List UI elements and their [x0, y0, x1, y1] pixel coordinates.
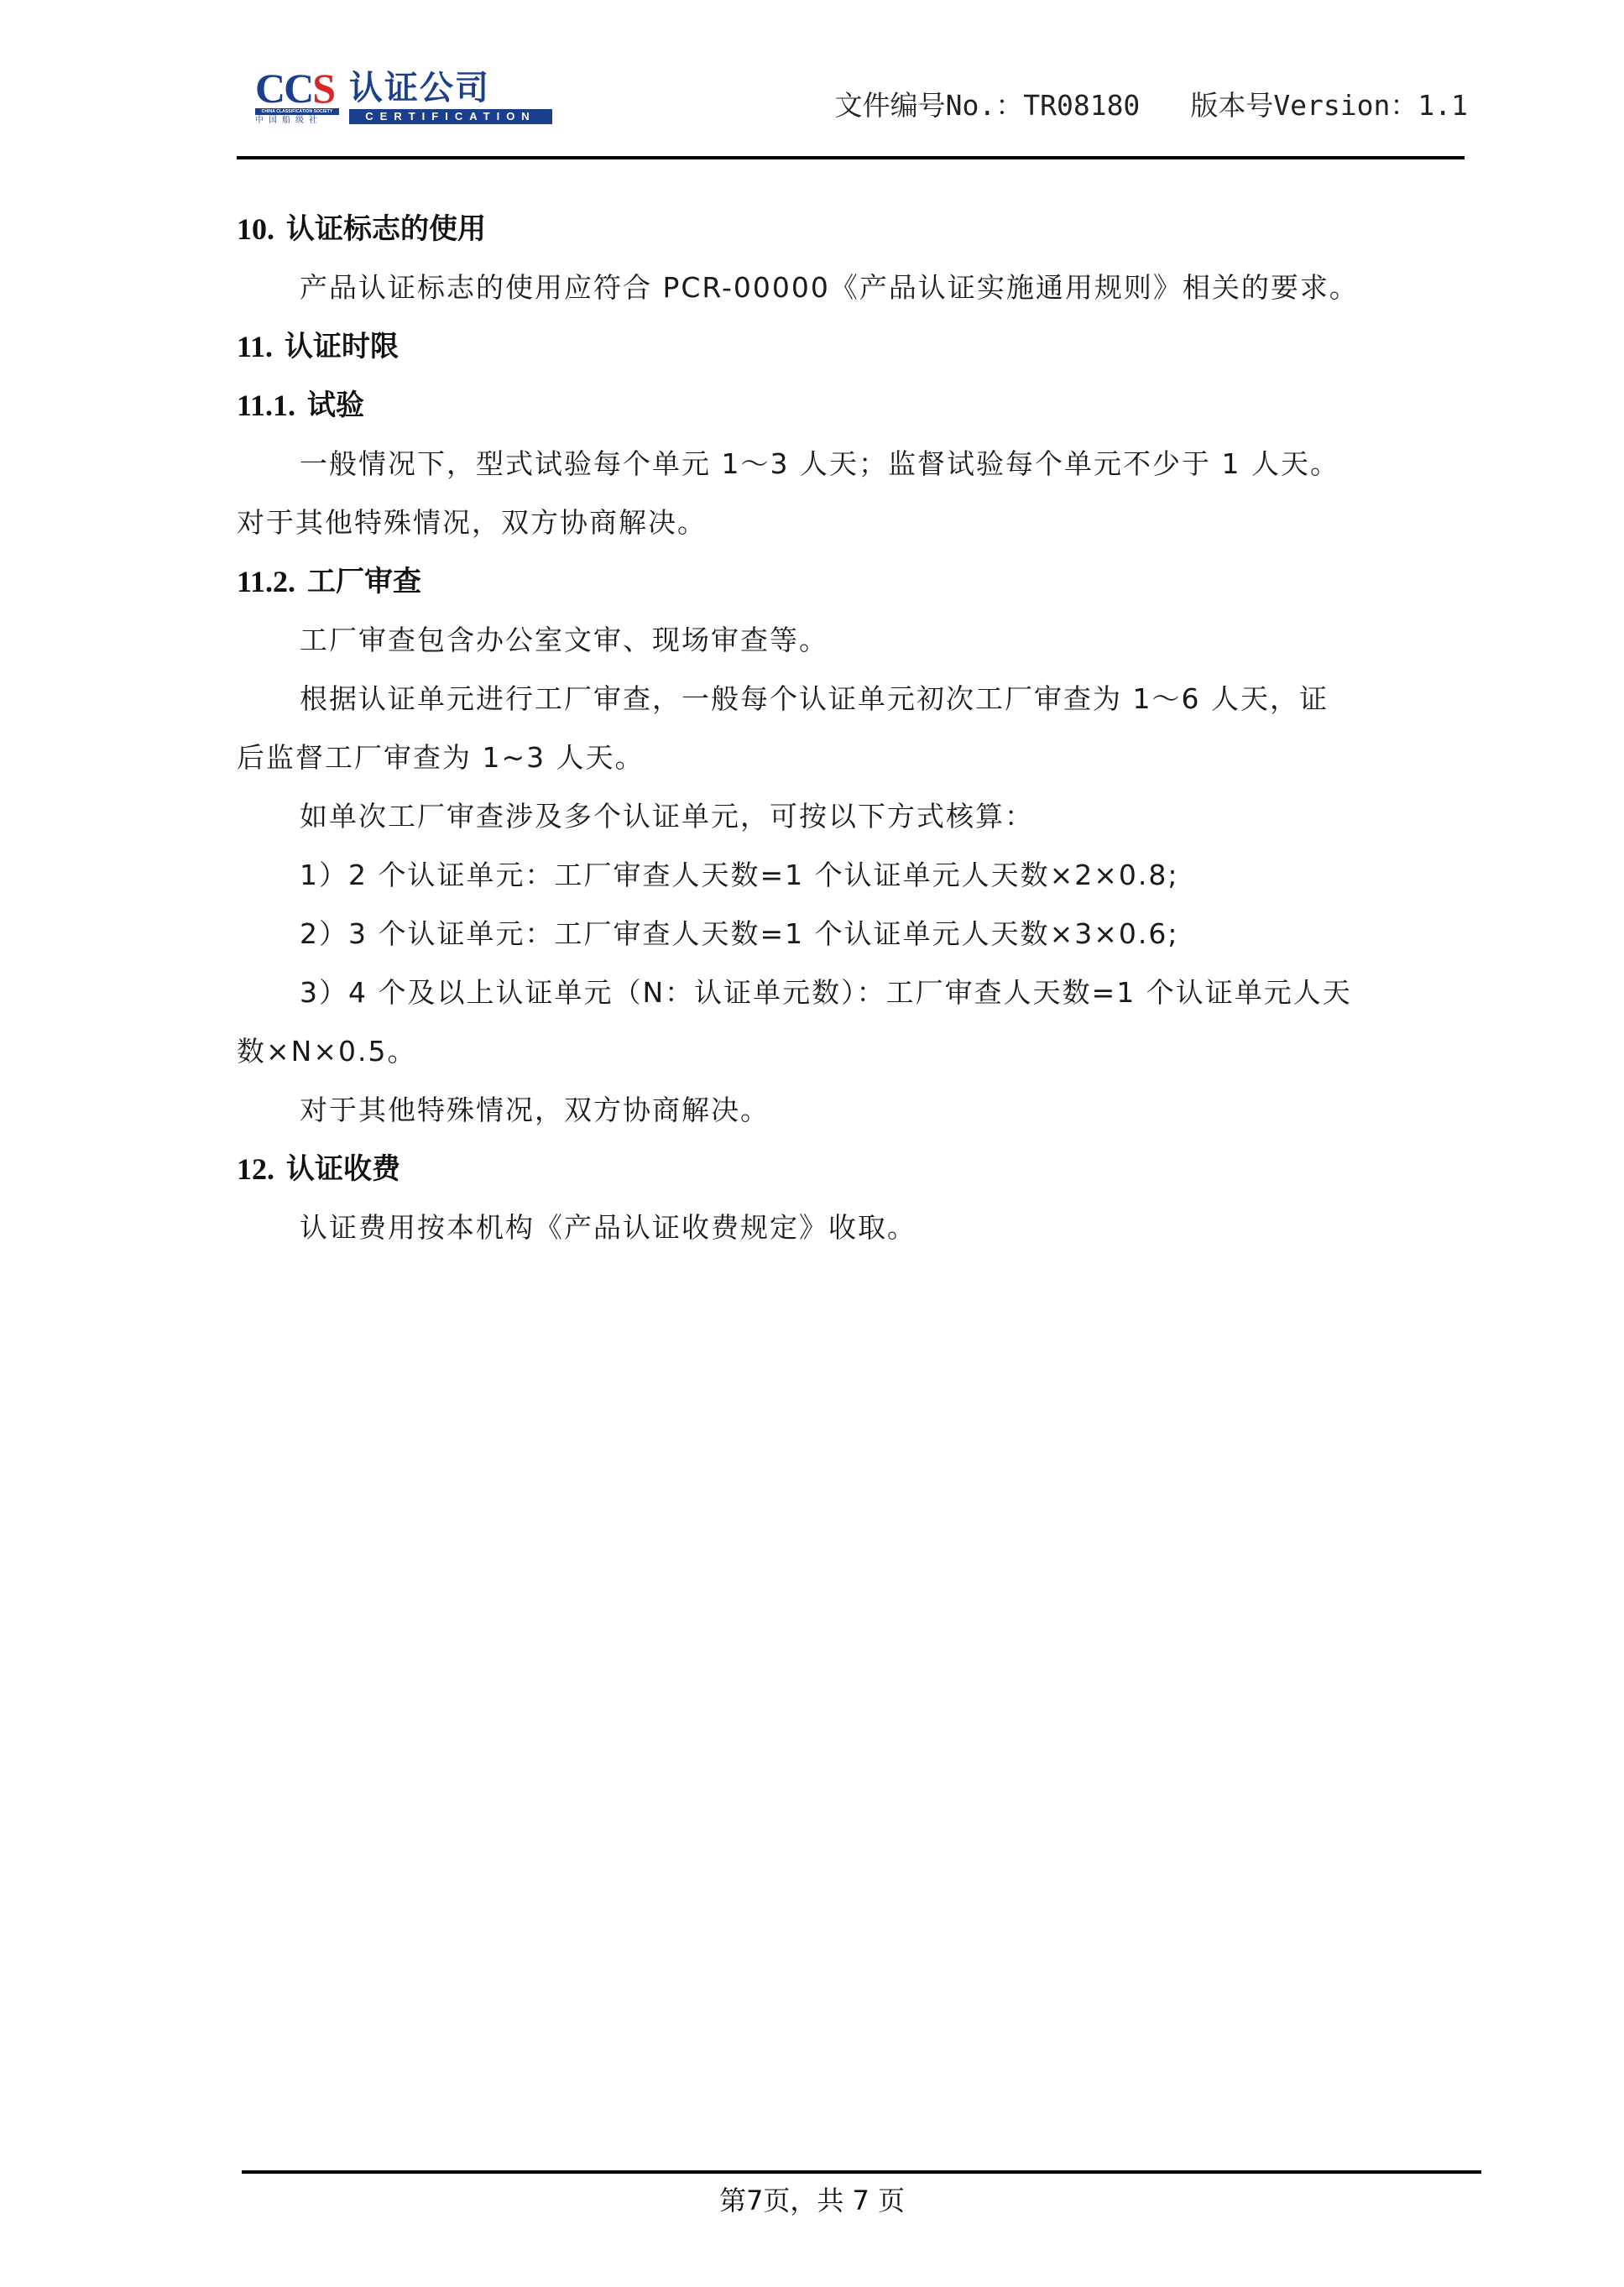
- document-body: 10.认证标志的使用 产品认证标志的使用应符合 PCR-00000《产品认证实施…: [237, 200, 1465, 1257]
- section-heading-11-1: 11.1.试验: [237, 376, 1465, 435]
- paragraph: 产品认证标志的使用应符合 PCR-00000《产品认证实施通用规则》相关的要求。: [237, 258, 1465, 317]
- paragraph: 根据认证单元进行工厂审查，一般每个认证单元初次工厂审查为 1～6 人天，证: [237, 670, 1465, 728]
- paragraph: 一般情况下，型式试验每个单元 1～3 人天；监督试验每个单元不少于 1 人天。: [237, 435, 1465, 493]
- section-heading-11: 11.认证时限: [237, 317, 1465, 376]
- document-meta: 文件编号No.：TR08180版本号Version：1.1: [835, 89, 1468, 123]
- list-item: 3）4 个及以上认证单元（N：认证单元数）：工厂审查人天数=1 个认证单元人天: [237, 963, 1465, 1022]
- logo-chinese-name: 中国船级社: [255, 116, 322, 126]
- footer-divider: [242, 2170, 1481, 2174]
- page-number: 第7页，共 7 页: [0, 2182, 1624, 2219]
- paragraph: 工厂审查包含办公室文审、现场审查等。: [237, 611, 1465, 670]
- list-item: 2）3 个认证单元：工厂审查人天数=1 个认证单元人天数×3×0.6;: [237, 905, 1465, 963]
- section-heading-11-2: 11.2.工厂审查: [237, 552, 1465, 611]
- list-item-continuation: 数×N×0.5。: [237, 1022, 1465, 1081]
- paragraph: 对于其他特殊情况，双方协商解决。: [237, 493, 1465, 552]
- header-divider: [237, 156, 1465, 159]
- paragraph: 后监督工厂审查为 1~3 人天。: [237, 728, 1465, 787]
- section-heading-10: 10.认证标志的使用: [237, 200, 1465, 258]
- logo-company-name: 认证公司: [349, 69, 490, 107]
- section-heading-12: 12.认证收费: [237, 1140, 1465, 1198]
- paragraph: 认证费用按本机构《产品认证收费规定》收取。: [237, 1198, 1465, 1257]
- paragraph: 对于其他特殊情况，双方协商解决。: [237, 1081, 1465, 1140]
- logo-society-band: CHINA CLASSIFICATION SOCIETY: [255, 108, 339, 115]
- paragraph: 如单次工厂审查涉及多个认证单元，可按以下方式核算：: [237, 787, 1465, 846]
- document-version: 版本号Version：1.1: [1190, 89, 1468, 122]
- ccs-logo-mark: CCS: [255, 67, 334, 109]
- list-item: 1）2 个认证单元：工厂审查人天数=1 个认证单元人天数×2×0.8;: [237, 846, 1465, 905]
- ccs-certification-logo: CCS CHINA CLASSIFICATION SOCIETY 中国船级社 认…: [252, 67, 554, 128]
- logo-certification-band: CERTIFICATION: [349, 109, 552, 124]
- document-number: 文件编号No.：TR08180: [835, 89, 1141, 122]
